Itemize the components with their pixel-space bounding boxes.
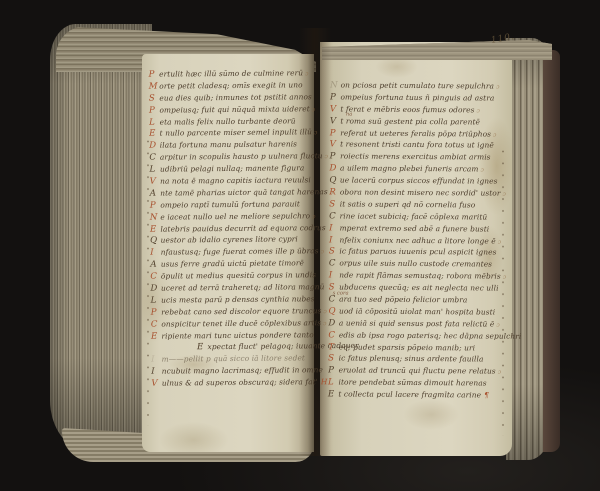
line-text: rine iacet subiciq; facē cōplexa maritū <box>340 210 488 223</box>
interlinear-gloss: s cora <box>333 291 349 296</box>
line-text: eq; pudet sparsis pōpeio manib; uri <box>339 341 475 354</box>
line-text: ulnus & ad superos obscuraq; sidera fat' <box>162 376 318 389</box>
line-initial: P <box>149 70 156 82</box>
line-initial: L <box>328 378 335 390</box>
line-end-flourish: ɔ <box>323 318 326 330</box>
right-page-text-column: Non pciosa petit cumulato ture sepulchra… <box>328 79 502 401</box>
line-initial: A <box>150 189 157 201</box>
line-initial: Q <box>329 176 336 188</box>
line-end-flourish: ɔ <box>502 189 505 201</box>
line-initial: I <box>329 271 336 283</box>
line-initial: S <box>149 93 156 105</box>
left-page-text-column: Pertulit hæc illū sūmo de culmine rerūɔM… <box>149 67 308 389</box>
line-text: m——pellit p quā sicco iā litore sedet <box>162 353 305 366</box>
line-end-flourish: ɔ <box>498 236 501 248</box>
manuscript-line: Et collecta pcul lacere fragmīta carine¶ <box>328 389 500 402</box>
manuscript-line: Vulnus & ad superos obscuraq; sidera fat… <box>151 376 307 389</box>
line-initial: I <box>329 223 336 235</box>
line-text: ic fatus paruos iuuenis pcul aspicit ign… <box>339 246 496 259</box>
line-initial: C <box>149 153 156 165</box>
line-initial: C <box>329 294 336 306</box>
line-initial: D <box>150 284 157 296</box>
line-initial: Q <box>150 236 157 248</box>
line-text: ue lacerū corpus siccos effundat in igne… <box>340 175 498 188</box>
line-text: roiectis merens exercitus ambiat armis <box>340 151 491 164</box>
line-text: itore pendebat sūmas dimouit harenas <box>338 377 486 390</box>
manuscript-line: Im——pellit p quā sicco iā litore sedet <box>151 353 307 366</box>
line-initial: L <box>149 117 156 129</box>
line-initial: P <box>149 105 156 117</box>
line-initial: D <box>328 318 335 330</box>
line-text: nfelix coniunx nec adhuc a litore longe … <box>339 234 495 247</box>
line-end-flourish: ɔ <box>312 104 315 116</box>
line-initial: P <box>330 92 337 104</box>
manuscript-line: Vt roma suū gestent pia colla parentēna <box>330 115 502 128</box>
line-initial: S <box>329 247 336 259</box>
line-initial: P <box>151 307 158 319</box>
manuscript-photo: Pertulit hæc illū sūmo de culmine rerūɔM… <box>0 0 600 491</box>
line-initial: P <box>330 152 337 164</box>
interlinear-gloss: na <box>346 113 352 118</box>
line-initial: E <box>328 390 335 402</box>
manuscript-line: Cara tuo sed pōpeio felicior umbras cora <box>329 293 501 306</box>
line-initial: M <box>149 82 156 94</box>
line-end-flourish: ɔ <box>496 82 499 94</box>
line-initial: C <box>328 330 335 342</box>
line-text: it satis o superi qd nō cornelia fuso <box>340 198 476 211</box>
line-initial: I <box>329 235 336 247</box>
line-end-mark: ¶ <box>484 390 489 402</box>
line-initial: L <box>149 165 156 177</box>
line-text: a uilem magno plebei funeris arcam <box>340 163 479 176</box>
line-initial: S <box>328 354 335 366</box>
line-text: ompeius fortuna tuus ñ pinguis ad astra <box>340 91 494 104</box>
line-initial: P <box>150 200 157 212</box>
line-initial: C <box>150 272 157 284</box>
line-initial: N <box>330 80 337 92</box>
line-text: latebris pauidus decurrit ad equora codr… <box>160 222 325 235</box>
line-initial: E <box>149 129 156 141</box>
line-initial: V <box>330 140 337 152</box>
line-initial: S <box>329 199 336 211</box>
line-end-mark: H <box>321 376 328 388</box>
line-end-flourish: ɔ <box>325 151 328 163</box>
manuscript-line: Expectat fluct' pelagoq; iuuante cadauer <box>197 341 307 354</box>
line-initial: C <box>329 211 336 223</box>
line-initial: P <box>330 128 337 140</box>
line-initial: C <box>151 319 158 331</box>
line-initial: Q <box>328 306 335 318</box>
line-text: ara tuo sed pōpeio felicior umbra <box>339 294 467 307</box>
line-text: on pciosa petit cumulato ture sepulchra <box>341 79 495 92</box>
line-text: t resonent tristi cantu fora totus ut ig… <box>340 139 494 152</box>
line-initial: D <box>149 141 156 153</box>
line-initial: I <box>150 248 157 260</box>
line-end-flourish: ɔ <box>503 272 506 284</box>
line-text: mperat extremo sed abē a funere busti <box>340 222 490 235</box>
line-text: t collecta pcul lacere fragmīta carine <box>338 389 481 402</box>
line-end-flourish: ɔ <box>498 367 501 379</box>
line-initial: V <box>150 177 157 189</box>
line-text: a ueniā si quid sensus post fata relictū… <box>339 317 495 330</box>
line-initial: R <box>329 187 336 199</box>
book-cover-edge <box>543 50 560 452</box>
line-end-flourish: ɔ <box>323 306 326 318</box>
line-text: uod iā cōpositū uiolat man' hospita bust… <box>339 305 495 318</box>
line-initial: I <box>151 355 158 367</box>
line-initial: I <box>151 367 158 379</box>
line-text: ic fatus plenusq; sinus ardente fauilla <box>339 353 484 366</box>
line-text: t roma suū gestent pia colla parentē <box>340 115 480 128</box>
line-initial: P <box>328 366 335 378</box>
line-text: t ferat e mēbris eoos fumus odores <box>340 103 474 116</box>
line-initial: C <box>329 259 336 271</box>
line-initial: V <box>151 379 158 391</box>
line-initial: E <box>150 224 157 236</box>
line-text: nte tamē pharias uictor quā tangat haren… <box>160 186 328 199</box>
line-text: referat ut ueteres feralis pōpa triūphos <box>340 127 491 140</box>
line-initial: L <box>151 296 158 308</box>
line-end-flourish: ɔ <box>314 128 317 140</box>
line-end-flourish: ɔ <box>321 247 324 259</box>
line-text: eruolat ad truncū qui fluctu pene relatu… <box>339 365 496 378</box>
line-initial: N <box>150 212 157 224</box>
fore-edge-left-page-stack <box>50 24 152 452</box>
line-initial: T <box>328 342 335 354</box>
line-initial: A <box>150 260 157 272</box>
line-initial: E <box>151 331 158 343</box>
line-initial: V <box>330 116 337 128</box>
line-end-flourish: ɔ <box>305 68 308 80</box>
line-initial: D <box>329 164 336 176</box>
line-text: orpus uile suis nullo custode cremantes <box>339 258 492 271</box>
